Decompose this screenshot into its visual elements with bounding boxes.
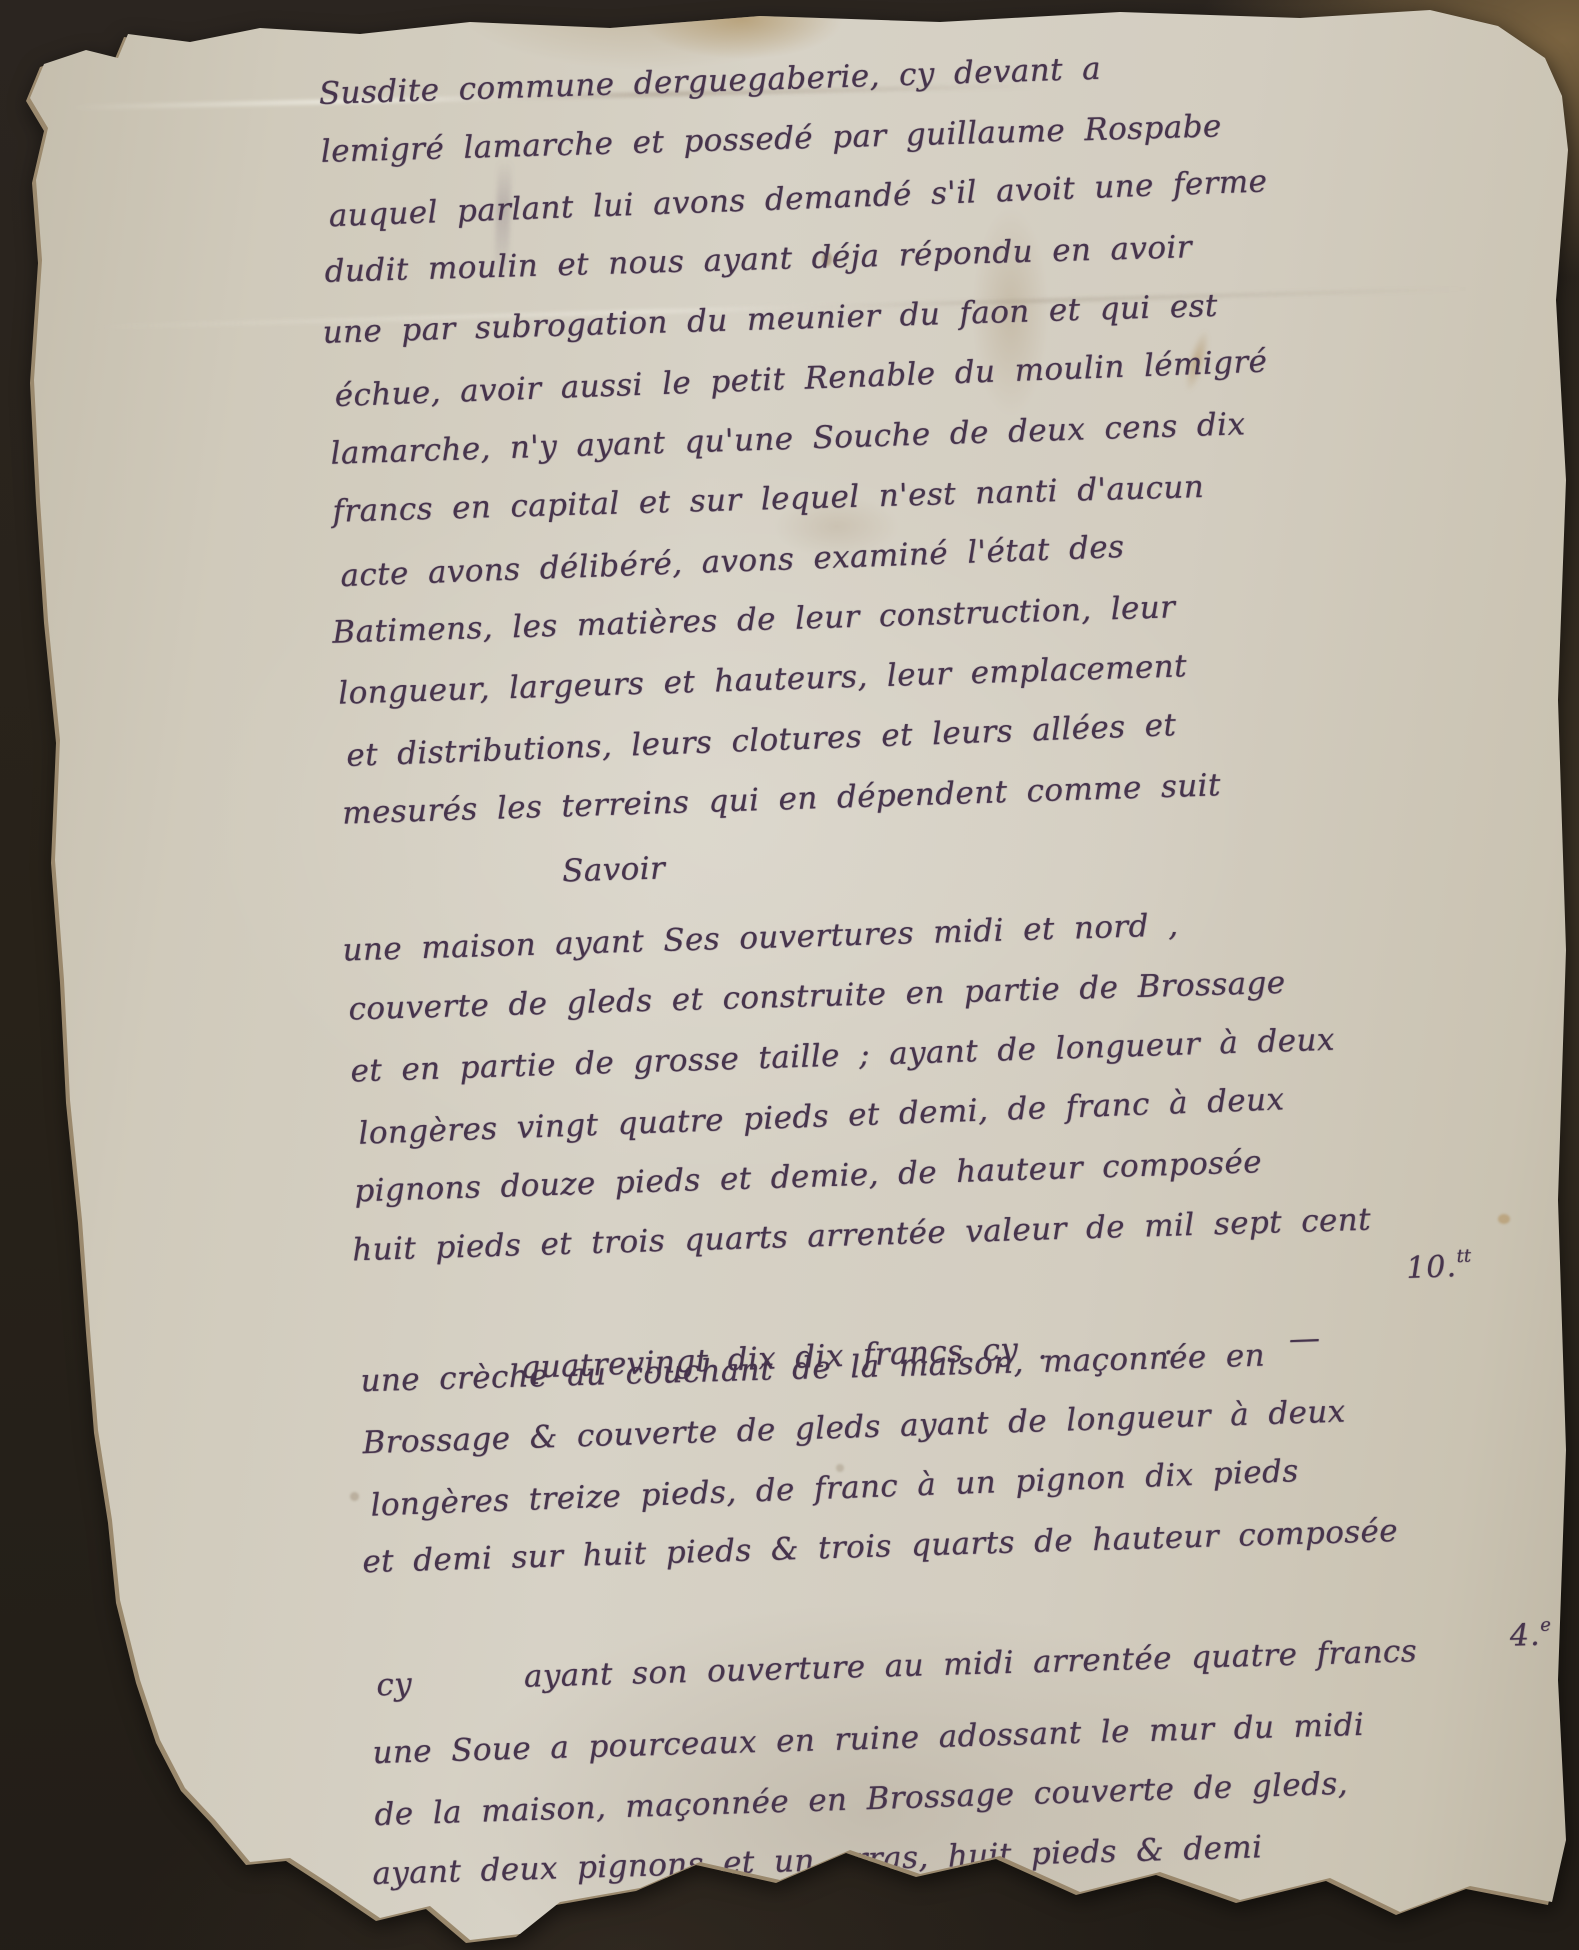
paper-speck: [1498, 1214, 1510, 1224]
manuscript-text: Susdite commune derguegaberie, cy devant…: [318, 30, 1437, 1905]
amount-value: 4.: [1509, 1618, 1541, 1654]
manuscript-page: Susdite commune derguegaberie, cy devant…: [0, 0, 1579, 1950]
margin-amount-four-francs: 4.e: [1509, 1596, 1552, 1667]
manuscript-page-wrap: Susdite commune derguegaberie, cy devant…: [0, 0, 1579, 1950]
paper-speck: [350, 1492, 359, 1501]
amount-value: 10.: [1406, 1249, 1458, 1286]
line-text: Savoir: [562, 850, 666, 889]
amount-unit: e: [1540, 1615, 1551, 1636]
amount-unit: tt: [1456, 1246, 1471, 1268]
margin-amount-ten-francs: 10.tt: [1405, 1227, 1473, 1299]
line-text: cy: [376, 1666, 413, 1703]
